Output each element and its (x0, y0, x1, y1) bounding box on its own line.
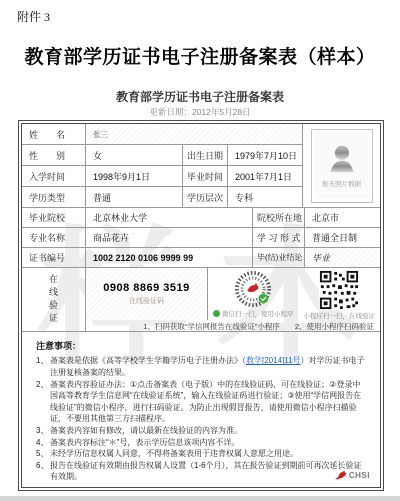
attachment-label: 附件 3 (17, 8, 50, 25)
name-value: 张三 (86, 124, 302, 144)
chsi-logo-text: CHSI (349, 471, 370, 480)
gender-label: 性 别 (22, 145, 86, 165)
verification-code[interactable]: 0908 8869 3519 (103, 282, 190, 294)
wechat-icon (213, 310, 220, 317)
conclusion-value: 毕业 (305, 248, 380, 267)
location-label: 院校所在地 (253, 208, 305, 227)
notes-section: 注意事项： 1、 备案表是依据《高等学校学生学籍学历电子注册办法》（教学[201… (22, 332, 380, 487)
round-code-icon (234, 270, 272, 308)
study-form-label: 学 习 形 式 (253, 228, 305, 247)
birth-value: 1979年7月10日 (228, 145, 302, 165)
school-label: 毕业院校 (22, 208, 86, 227)
level-label: 学历层次 (183, 187, 228, 207)
notes-title: 注意事项： (36, 339, 366, 352)
note-number: 4、 (36, 437, 50, 449)
qr-code-icon (319, 270, 359, 310)
note-item-5: 5、 未经学历信息权属人同意，不得将备案表用于违背权属人意愿之用途。 (36, 448, 366, 460)
note-number: 1、 (36, 355, 50, 378)
note-text: 未经学历信息权属人同意，不得将备案表用于违背权属人意愿之用途。 (50, 448, 366, 460)
verification-code-caption: 在线验证码 (129, 296, 164, 306)
note-item-3: 3、 备案表内容如有修改，请以最新在线验证的内容为准。 (36, 425, 366, 437)
level-value: 专科 (228, 187, 302, 207)
cert-no-label: 证书编号 (22, 248, 86, 267)
note-text: 备案表内容标注“＊”号，表示学历信息该项内容不详。 (50, 437, 366, 449)
page-title: 教育部学历证书电子注册备案表（样本） (0, 42, 400, 69)
regulation-link[interactable]: 教学[2014]11号 (246, 356, 301, 365)
qr-scan-caption: 小程序扫一扫，在线验证 (304, 311, 376, 320)
note-text: 报告在线验证有效期由报告权属人设置（1-6个月），其在报告验证到期前可再次延长验… (50, 460, 366, 483)
major-value: 商品花卉 (86, 228, 253, 247)
photo-placeholder: 暂无照片数据 (311, 129, 373, 203)
note-item-2: 2、 备案表内容验证办法：①点击备案表（电子版）中的在线验证码，可在线验证；②登… (36, 379, 366, 425)
note-text: 备案表内容验证办法：①点击备案表（电子版）中的在线验证码，可在线验证；②登录中国… (50, 379, 366, 425)
row-gender-birth: 性 别 女 出生日期 1979年7月10日 (22, 145, 302, 166)
online-verification-row: 在线验证 0908 8869 3519 在线验证码 (22, 268, 380, 332)
location-value: 北京市 (305, 208, 380, 227)
miniprogram-round-code: 微信扫一扫，使用小程序 (213, 270, 294, 318)
form-title: 教育部学历证书电子注册备案表 (0, 88, 400, 105)
type-value: 普通 (86, 187, 183, 207)
row-name: 姓 名 张三 (22, 124, 302, 145)
row-certno-conclusion: 证书编号 1002 2120 0106 9999 99 毕(结)业结论 毕业 (22, 248, 380, 268)
qr-code-block: 小程序扫一扫，在线验证 (304, 270, 376, 320)
note-item-4: 4、 备案表内容标注“＊”号，表示学历信息该项内容不详。 (36, 437, 366, 449)
update-date: 更新日期：2012年5月28日 (0, 106, 400, 118)
chsi-logo: CHSI (334, 470, 370, 481)
note-number: 6、 (36, 460, 50, 483)
note-number: 3、 (36, 425, 50, 437)
cert-no-value: 1002 2120 0106 9999 99 (86, 248, 253, 267)
type-label: 学历类型 (22, 187, 86, 207)
conclusion-label: 毕(结)业结论 (253, 248, 305, 267)
birth-label: 出生日期 (183, 145, 228, 165)
registration-form: 样本 姓 名 张三 性 别 女 出生日期 1979年7月10日 入学时间 199… (18, 120, 384, 491)
grad-label: 毕业时间 (183, 166, 228, 186)
major-label: 专业名称 (22, 228, 86, 247)
school-value: 北京林业大学 (86, 208, 253, 227)
person-icon (327, 144, 357, 174)
photo-placeholder-text: 暂无照片数据 (322, 179, 361, 188)
row-type-level: 学历类型 普通 学历层次 专科 (22, 187, 302, 208)
top-rows: 姓 名 张三 性 别 女 出生日期 1979年7月10日 入学时间 1998年9… (22, 124, 380, 208)
note-number: 5、 (36, 448, 50, 460)
chsi-bird-icon (334, 470, 347, 481)
online-verification-label: 在线验证 (22, 268, 86, 331)
wechat-scan-caption: 微信扫一扫，使用小程序 (213, 309, 294, 318)
row-major-studyform: 专业名称 商品花卉 学 习 形 式 普通全日制 (22, 228, 380, 248)
enroll-label: 入学时间 (22, 166, 86, 186)
note-text: 备案表内容如有修改，请以最新在线验证的内容为准。 (50, 425, 366, 437)
verification-code-cell: 0908 8869 3519 在线验证码 (86, 268, 208, 320)
note-item-6: 6、 报告在线验证有效期由报告权属人设置（1-6个月），其在报告验证到期前可再次… (36, 460, 366, 483)
note-item-1: 1、 备案表是依据《高等学校学生学籍学历电子注册办法》（教学[2014]11号）… (36, 355, 366, 378)
name-label: 姓 名 (22, 124, 86, 144)
photo-cell: 暂无照片数据 (302, 124, 380, 208)
note-text: 备案表是依据《高等学校学生学籍学历电子注册办法》（ (50, 356, 246, 365)
grad-value: 2001年7月1日 (228, 166, 302, 186)
bottom-divider (0, 496, 400, 501)
gender-value: 女 (86, 145, 183, 165)
study-form-value: 普通全日制 (305, 228, 380, 247)
note-number: 2、 (36, 379, 50, 425)
enroll-value: 1998年9月1日 (86, 166, 183, 186)
row-school-location: 毕业院校 北京林业大学 院校所在地 北京市 (22, 208, 380, 228)
row-enroll-grad: 入学时间 1998年9月1日 毕业时间 2001年7月1日 (22, 166, 302, 187)
